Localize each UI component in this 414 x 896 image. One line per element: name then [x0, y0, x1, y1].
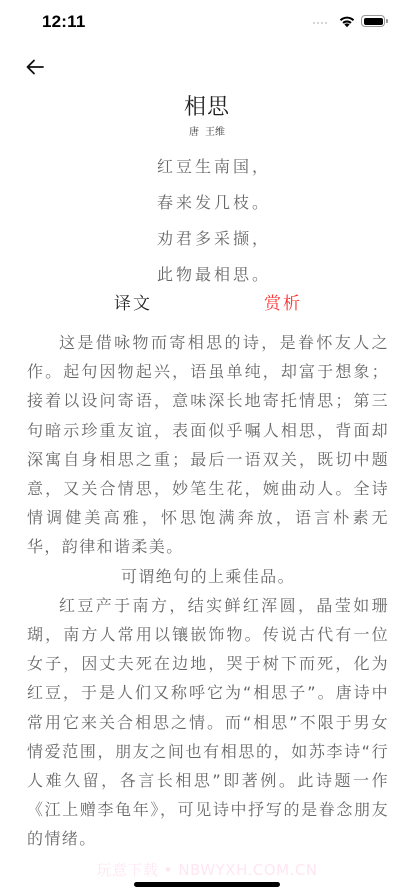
- poem-line: 红豆生南国，: [0, 152, 414, 188]
- poem-line: 劝君多采撷，: [0, 224, 414, 260]
- appreciation-paragraph: 可谓绝句的上乘佳品。: [27, 562, 389, 591]
- tab-translation[interactable]: 译文: [114, 289, 152, 314]
- poem-author-name: 王维: [205, 127, 225, 138]
- cellular-signal-icon: [313, 22, 329, 25]
- home-indicator[interactable]: [134, 882, 280, 887]
- poem-line: 春来发几枝。: [0, 188, 414, 224]
- back-arrow-icon[interactable]: [24, 56, 46, 78]
- watermark: 玩意下载 • NBWYXH.COM.CN: [0, 859, 414, 880]
- poem-author: 唐王维: [0, 123, 414, 138]
- poem-body: 红豆生南国， 春来发几枝。 劝君多采撷， 此物最相思。: [0, 152, 414, 296]
- battery-icon: [361, 15, 385, 27]
- content-tabs: 译文 赏析: [0, 289, 414, 315]
- wifi-icon: [338, 14, 356, 28]
- status-bar: 12:11: [0, 0, 414, 44]
- poem-title: 相思: [0, 90, 414, 121]
- appreciation-content: 这是借咏物而寄相思的诗，是眷怀友人之作。起句因物起兴，语虽单纯，却富于想象；接着…: [27, 328, 389, 854]
- poem-dynasty: 唐: [189, 127, 199, 138]
- appreciation-paragraph: 红豆产于南方，结实鲜红浑圆，晶莹如珊瑚，南方人常用以镶嵌饰物。传说古代有一位女子…: [27, 591, 389, 854]
- status-time: 12:11: [42, 12, 86, 32]
- tab-appreciation[interactable]: 赏析: [264, 289, 302, 314]
- appreciation-paragraph: 这是借咏物而寄相思的诗，是眷怀友人之作。起句因物起兴，语虽单纯，却富于想象；接着…: [27, 328, 389, 562]
